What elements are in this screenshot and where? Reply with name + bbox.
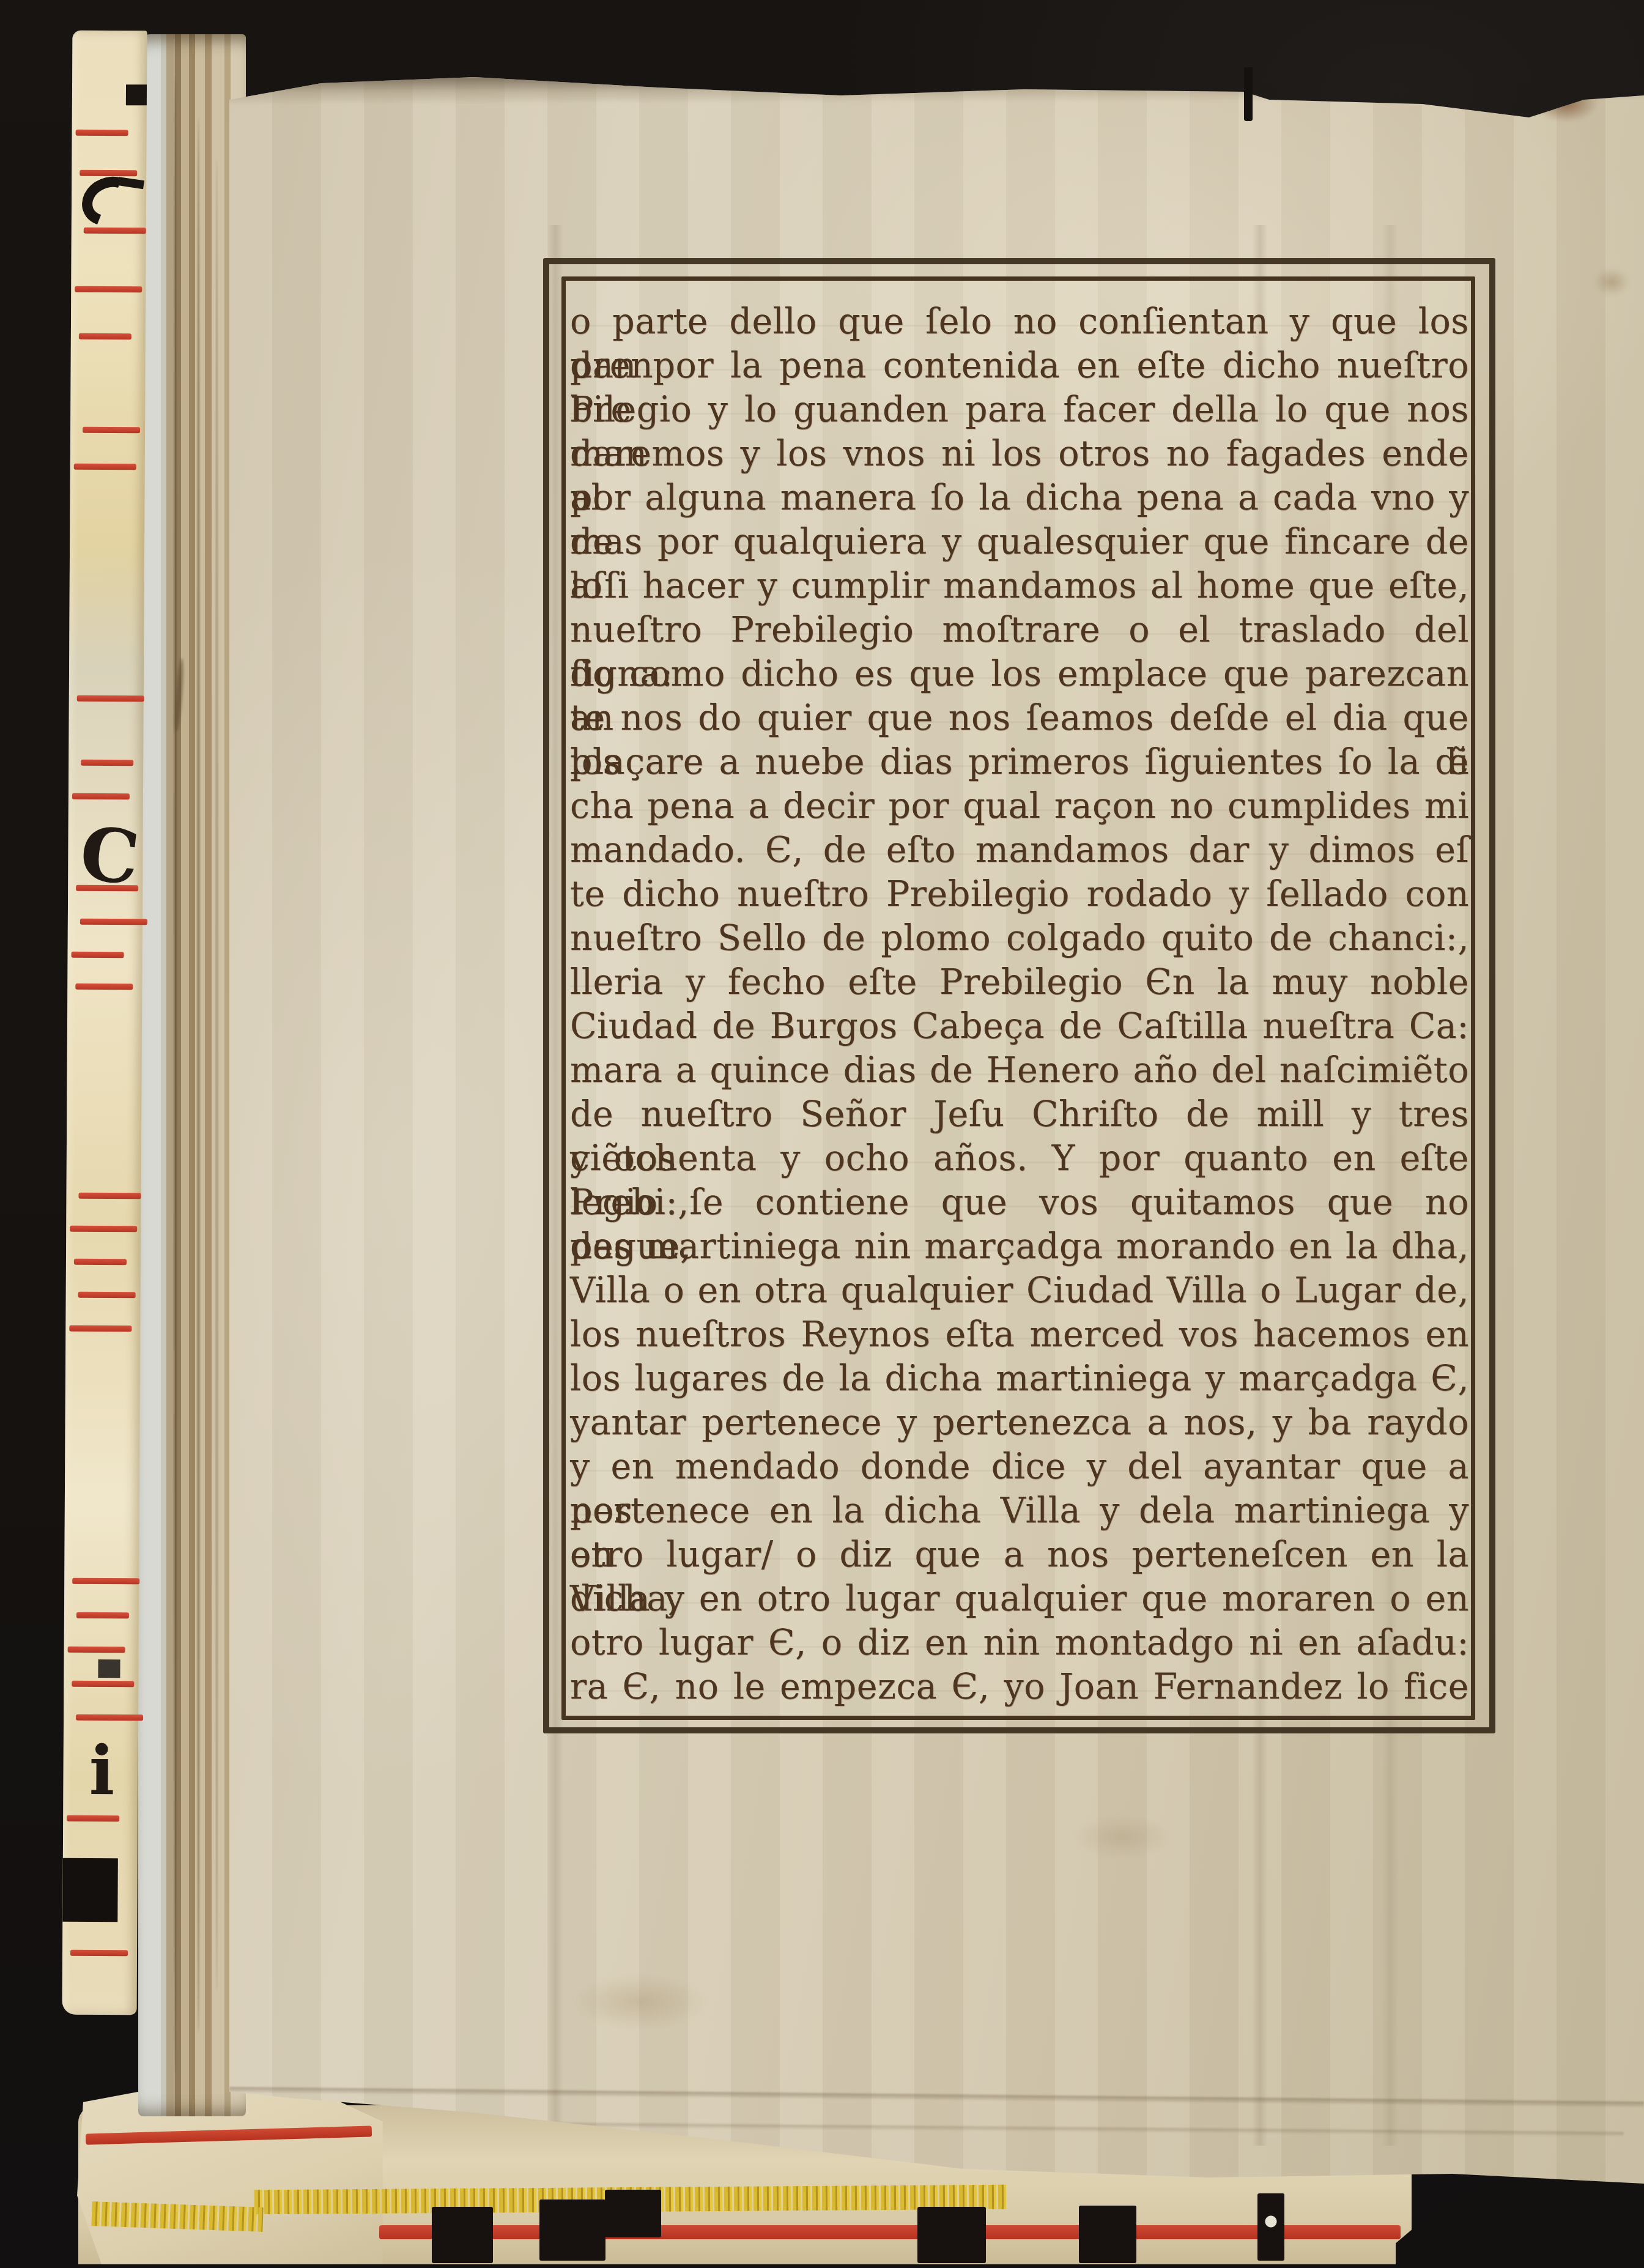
page-edge-line	[215, 159, 218, 1992]
red-staff-line	[81, 760, 133, 766]
black-note-tab	[605, 2190, 661, 2237]
manuscript-line: otro lugar Є, o diz en nin montadgo ni e…	[570, 1621, 1469, 1665]
manuscript-photo: C i o parte dello que ſelo no conſientan…	[0, 0, 1644, 2268]
red-staff-line	[80, 919, 147, 925]
black-note-tab	[539, 2199, 605, 2261]
neume-curl-mark	[74, 168, 145, 234]
manuscript-line: te nos do quier que nos ſeamos deſde el …	[570, 696, 1469, 740]
stain-spot	[572, 1974, 706, 2029]
red-staff-line	[72, 952, 124, 958]
red-staff-line	[67, 1815, 119, 1821]
stain-spot	[1593, 268, 1630, 296]
binding-letter-c: C	[76, 817, 143, 896]
stain-spot	[1073, 1815, 1171, 1858]
page-edge-slit	[1244, 67, 1253, 121]
red-staff-line	[79, 333, 131, 339]
red-staff-line	[74, 1259, 127, 1265]
manuscript-line: bilegio y lo guanden para facer della lo…	[570, 388, 1469, 432]
manuscript-line: mara a quince dias de Henero año del naſ…	[570, 1048, 1469, 1092]
manuscript-line: nueſtro Sello de plomo colgado quito de …	[570, 916, 1469, 960]
manuscript-line: mas por qualquiera y qualesquier que fin…	[570, 520, 1469, 564]
manuscript-line: los nueſtros Reynos eſta merced vos hace…	[570, 1313, 1469, 1357]
red-staff-line	[75, 286, 142, 293]
page-edge-line	[197, 117, 200, 2033]
red-staff-line	[76, 130, 128, 136]
red-staff-line	[69, 1325, 131, 1332]
binding-letter-i: i	[89, 1737, 114, 1804]
manuscript-line: Villa y en otro lugar qualquier que mora…	[570, 1577, 1469, 1621]
manuscript-line: Ciudad de Burgos Cabeça de Caſtilla nueſ…	[570, 1004, 1469, 1048]
black-note-tab	[1079, 2206, 1136, 2263]
red-staff-line	[84, 228, 146, 234]
red-staff-line	[72, 1681, 134, 1688]
square-note	[126, 84, 147, 105]
manuscript-line: cha pena a decir por qual raçon no cumpl…	[570, 784, 1469, 828]
bottom-fold-crease	[229, 2087, 1644, 2107]
red-staff-line	[78, 1193, 141, 1199]
red-staff-line	[80, 170, 137, 176]
manuscript-line: otro lugar/ o diz que a nos perteneſcen …	[570, 1533, 1469, 1577]
manuscript-line: te dicho nueſtro Prebilegio rodado y ſel…	[570, 872, 1469, 916]
tab-ring-hole	[1261, 2209, 1281, 2234]
manuscript-line: o parte dello que ſelo no conſientan y q…	[570, 300, 1469, 344]
manuscript-line: por alguna manera ſo la dicha pena a cad…	[570, 476, 1469, 520]
manuscript-line: nueſtro Prebilegio moſtrare o el traslad…	[570, 608, 1469, 652]
top-edge-stain	[229, 72, 1644, 105]
manuscript-line: lleria y fecho eſte Prebilegio Єn la muy…	[570, 960, 1469, 1004]
page-edge-line	[174, 76, 177, 2075]
stain-spot	[1532, 83, 1599, 122]
red-staff-line	[75, 984, 133, 990]
square-note	[98, 1659, 120, 1678]
manuscript-line: yantar pertenece y pertenezca a nos, y b…	[570, 1401, 1469, 1445]
red-staff-line	[68, 1647, 125, 1653]
square-note-large	[62, 1858, 118, 1922]
red-staff-line	[77, 695, 144, 702]
manuscript-text-block: o parte dello que ſelo no conſientan y q…	[570, 283, 1469, 1714]
manuscript-line: daremos y los vnos ni los otros no fagad…	[570, 432, 1469, 476]
manuscript-line: mandado. Є, de eſto mandamos dar y dimos…	[570, 828, 1469, 872]
black-note-tab	[432, 2207, 493, 2263]
black-note-tab	[1257, 2193, 1284, 2261]
manuscript-line: plaçare a nuebe dias primeros ſiguientes…	[570, 740, 1469, 784]
red-staff-line	[76, 1714, 143, 1721]
manuscript-line: dan por la pena contenida en eſte dicho …	[570, 344, 1469, 388]
manuscript-line: de nueſtro Señor Jeſu Chriſto de mill y …	[570, 1092, 1469, 1136]
red-staff-line	[70, 1950, 128, 1956]
manuscript-line: ra Є, no le empezca Є, yo Joan Fernandez…	[570, 1665, 1469, 1709]
red-staff-line	[70, 1226, 137, 1232]
manuscript-line: aſſi hacer y cumplir mandamos al home qu…	[570, 564, 1469, 608]
manuscript-line: do como dicho es que los emplace que par…	[570, 652, 1469, 696]
red-staff-line	[72, 793, 130, 799]
flyleaf-red-rule	[379, 2225, 1401, 2239]
red-staff-line	[78, 1292, 136, 1298]
manuscript-line: los lugares de la dicha martiniega y mar…	[570, 1357, 1469, 1401]
manuscript-line: y ochenta y ocho años. Y por quanto en e…	[570, 1136, 1469, 1180]
manuscript-line: pertenece en la dicha Villa y dela marti…	[570, 1489, 1469, 1533]
red-staff-line	[83, 427, 140, 433]
red-staff-line	[74, 464, 136, 470]
red-staff-line	[72, 1578, 139, 1585]
manuscript-line: legio ſe contiene que vos quitamos que n…	[570, 1180, 1469, 1225]
binding-fragment: C i	[62, 31, 147, 2015]
manuscript-line: Villa o en otra qualquier Ciudad Villa o…	[570, 1269, 1469, 1313]
black-note-tab	[917, 2207, 986, 2263]
red-staff-line	[76, 1612, 129, 1618]
manuscript-line: des martiniega nin marçadga morando en l…	[570, 1225, 1469, 1269]
manuscript-line: y en mendado donde dice y del ayantar qu…	[570, 1445, 1469, 1489]
